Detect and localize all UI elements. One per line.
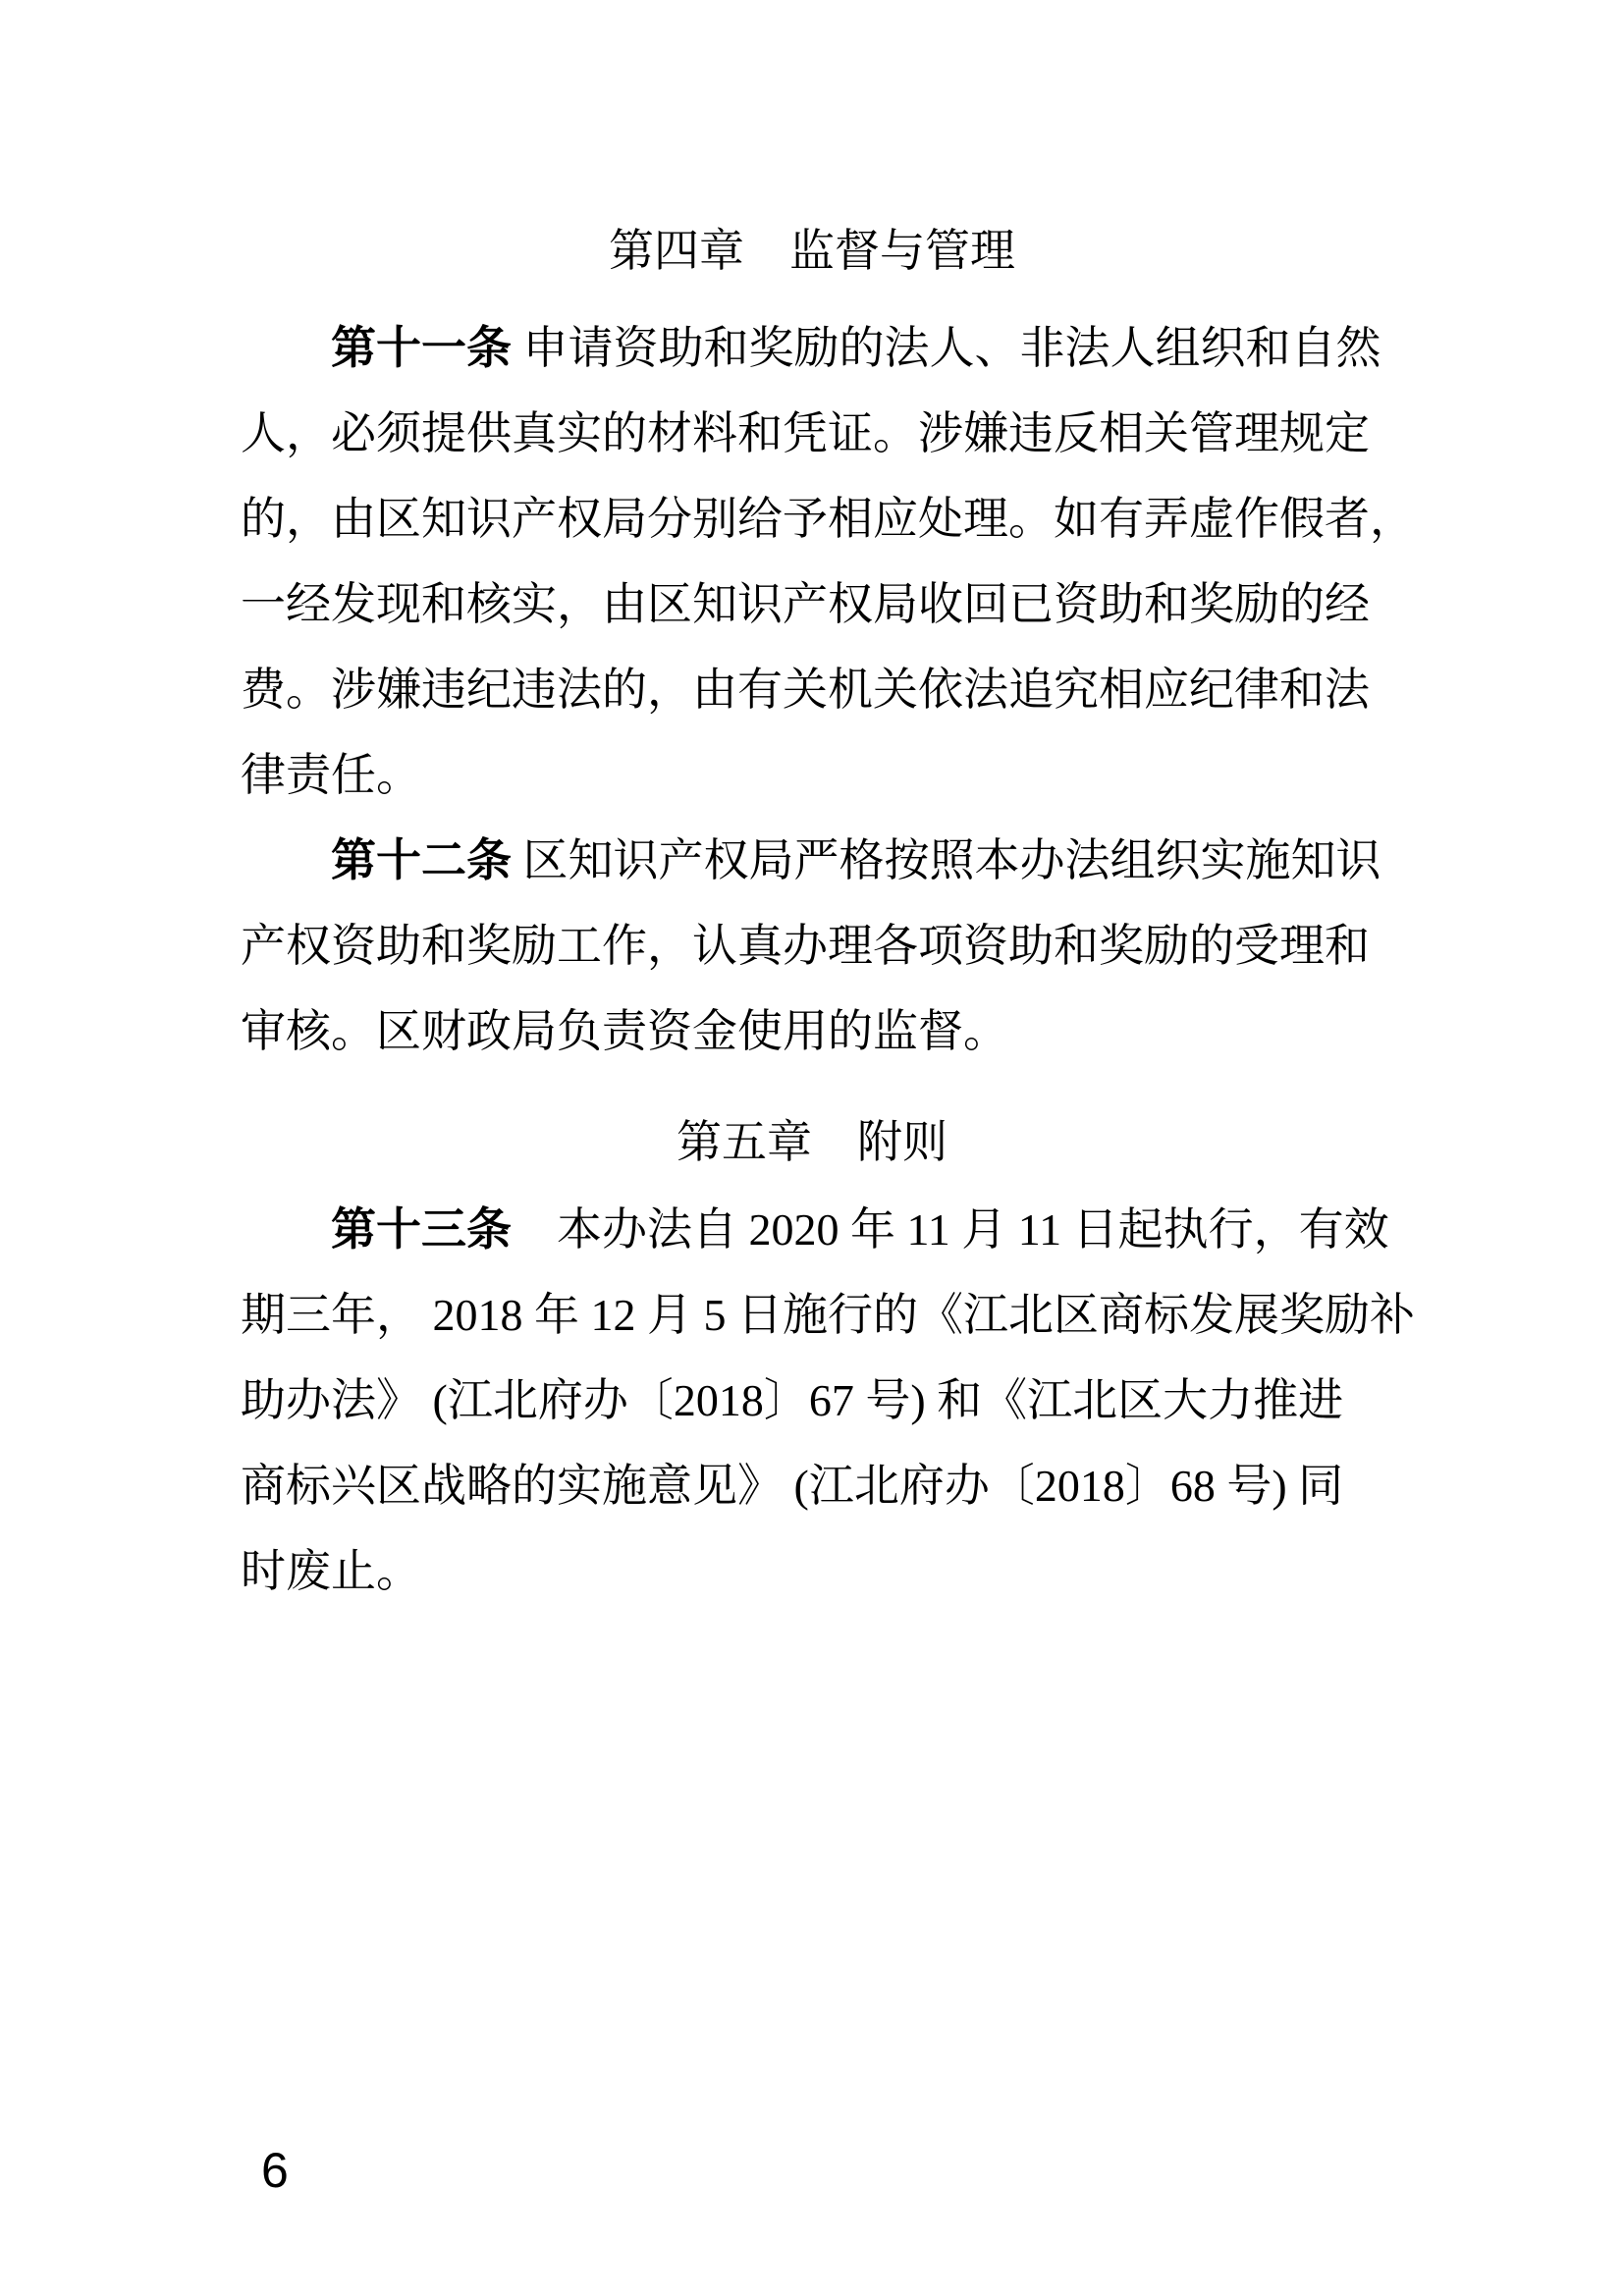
text-line: 费。涉嫌违纪违法的，由有关机关依法追究相应纪律和法 (241, 647, 1383, 732)
article-13-paragraph: 第十三条 本办法自 2020 年 11 月 11 日起执行，有效期三年， 201… (241, 1187, 1383, 1614)
article-number-label: 第十二条 (331, 834, 512, 885)
document-page: 第四章 监督与管理 第十一条 申请资助和奖励的法人、非法人组织和自然人，必须提供… (0, 0, 1624, 2296)
chapter-5-heading: 第五章 附则 (241, 1099, 1383, 1185)
text-line: 期三年， 2018 年 12 月 5 日施行的《江北区商标发展奖励补 (241, 1272, 1383, 1358)
document-body: 第四章 监督与管理 第十一条 申请资助和奖励的法人、非法人组织和自然人，必须提供… (241, 208, 1383, 1614)
article-11-paragraph: 第十一条 申请资助和奖励的法人、非法人组织和自然人，必须提供真实的材料和凭证。涉… (241, 305, 1383, 818)
chapter-4-heading: 第四章 监督与管理 (241, 208, 1383, 294)
text-line: 的，由区知识产权局分别给予相应处理。如有弄虚作假者， (241, 476, 1383, 561)
article-number-label: 第十三条 (331, 1203, 512, 1255)
article-12-paragraph: 第十二条 区知识产权局严格按照本办法组织实施知识产权资助和奖励工作，认真办理各项… (241, 818, 1383, 1074)
text-line: 第十三条 本办法自 2020 年 11 月 11 日起执行，有效 (241, 1187, 1383, 1272)
text-line: 第十二条 区知识产权局严格按照本办法组织实施知识 (241, 818, 1383, 903)
text-line: 助办法》 (江北府办〔2018〕67 号) 和《江北区大力推进 (241, 1358, 1383, 1443)
page-number: 6 (261, 2146, 289, 2195)
text-line: 审核。区财政局负责资金使用的监督。 (241, 988, 1383, 1074)
text-line: 律责任。 (241, 732, 1383, 818)
text-line: 时废止。 (241, 1528, 1383, 1614)
text-line: 一经发现和核实，由区知识产权局收回已资助和奖励的经 (241, 561, 1383, 647)
text-line: 商标兴区战略的实施意见》 (江北府办〔2018〕68 号) 同 (241, 1443, 1383, 1528)
article-number-label: 第十一条 (331, 322, 512, 373)
text-line: 第十一条 申请资助和奖励的法人、非法人组织和自然 (241, 305, 1383, 391)
text-line: 人，必须提供真实的材料和凭证。涉嫌违反相关管理规定 (241, 391, 1383, 476)
text-line: 产权资助和奖励工作，认真办理各项资助和奖励的受理和 (241, 903, 1383, 988)
